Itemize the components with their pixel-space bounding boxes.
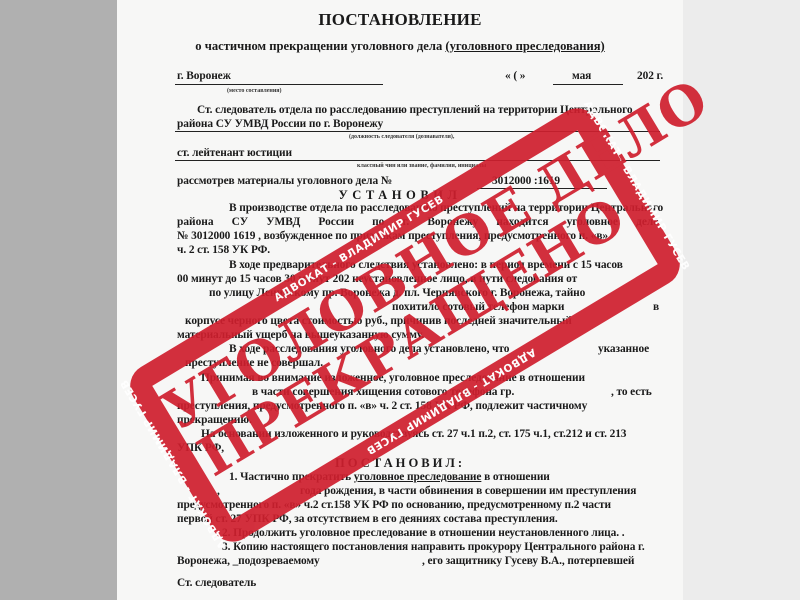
background-left (0, 0, 117, 600)
paragraph-line: , то есть (611, 386, 652, 399)
place-caption: (место составления) (227, 88, 282, 94)
subtitle-text: о частичном прекращении уголовного дела (195, 39, 445, 53)
date-day: « ( » (505, 70, 525, 83)
subtitle-underlined: (уголовного преследования) (445, 39, 604, 53)
resolved-item-3: 3. Копию настоящего постановления направ… (222, 541, 645, 554)
paragraph-line: в части совершения хищения сотового теле… (252, 386, 514, 399)
paragraph-line: № 3012000 1619 , возбужденное по признак… (177, 230, 608, 243)
paragraph-line: В ходе расследования уголовного дела уст… (229, 343, 509, 356)
item1-underlined: уголовное преследование (354, 471, 482, 483)
rank-caption: классный чин или звание, фамилия, инициа… (357, 163, 486, 169)
document-page: ПОСТАНОВЛЕНИЕ о частичном прекращении уг… (117, 0, 683, 600)
paragraph-line: 00 минут до 15 часов 30 минут 202 неуста… (177, 273, 577, 286)
item1-prefix: 1. Частично прекратить (229, 471, 354, 483)
paragraph-line: преступление не совершал. (185, 357, 323, 370)
paragraph-line: материальный ущерб на вышеуказанную сумм… (177, 329, 424, 342)
item3-line-2b: , его защитнику Гусеву В.А., потерпевшей (422, 555, 634, 568)
intro-line-1: Ст. следователь отдела по расследованию … (197, 104, 632, 117)
item1-comma: , (217, 485, 220, 498)
paragraph-line: в (653, 301, 659, 314)
paragraph-line: УПК РФ, (177, 442, 224, 455)
paragraph-line: ч. 2 ст. 158 УК РФ. (177, 244, 270, 257)
item3-line-2a: Воронежа, _подозреваемому (177, 555, 320, 568)
paragraph-line: преступления, предусмотренного п. «в» ч.… (177, 400, 587, 413)
paragraph-line: района СУ УМВД России по г. Воронежу нах… (177, 216, 659, 229)
section-established: УСТАНОВИЛ (117, 188, 683, 203)
paragraph-line: На основании изложенного и руководствуяс… (201, 428, 626, 441)
place-rule (175, 84, 383, 85)
paragraph-line: указанное (598, 343, 649, 356)
intro-line-2: района СУ УМВД России по г. Воронежу (177, 118, 383, 131)
paragraph-line: по улицу Ленинскому пр. Воронежа д. пл. … (209, 287, 585, 300)
item1-suffix: в отношении (481, 471, 549, 483)
paragraph-line: прекращению. (177, 414, 252, 427)
document-subtitle: о частичном прекращении уголовного дела … (117, 39, 683, 54)
item1-line-2: года рождения, в части обвинения в совер… (300, 485, 636, 498)
date-month-rule (553, 84, 623, 85)
document-title: ПОСТАНОВЛЕНИЕ (117, 10, 683, 30)
paragraph-line: похитило сотовый телефон марки (392, 301, 564, 314)
rank-line: ст. лейтенант юстиции (177, 147, 292, 160)
signature-label: Ст. следователь (177, 577, 256, 590)
section-resolved: ПОСТАНОВИЛ: (117, 456, 683, 471)
case-number: 3012000 :1619 (492, 175, 560, 188)
position-caption: (должность следователя (дознавателя), (349, 134, 454, 140)
resolved-item-1: 1. Частично прекратить уголовное преслед… (229, 471, 550, 484)
paragraph-line: Принимая во внимание изложенное, уголовн… (201, 372, 585, 385)
paragraph-line: В производстве отдела по расследованию п… (229, 202, 663, 215)
item1-line-4: первой ст. 27 УПК РФ, за отсутствием в е… (177, 513, 558, 526)
rank-rule (175, 160, 660, 161)
item1-line-3: предусмотренного п. «в» ч.2 ст.158 УК РФ… (177, 499, 611, 512)
case-review: рассмотрев материалы уголовного дела № (177, 175, 392, 188)
position-rule (175, 131, 660, 132)
paragraph-line: В ходе предварительного следствия устано… (229, 259, 623, 272)
background-right (683, 0, 800, 600)
date-year: 202 г. (637, 70, 663, 83)
resolved-item-2: 2. Продолжить уголовное преследование в … (222, 527, 624, 540)
place: г. Воронеж (177, 70, 231, 83)
paragraph-line: корпусе черного цвета стоимостью руб., п… (185, 315, 572, 328)
date-month: мая (572, 70, 591, 83)
